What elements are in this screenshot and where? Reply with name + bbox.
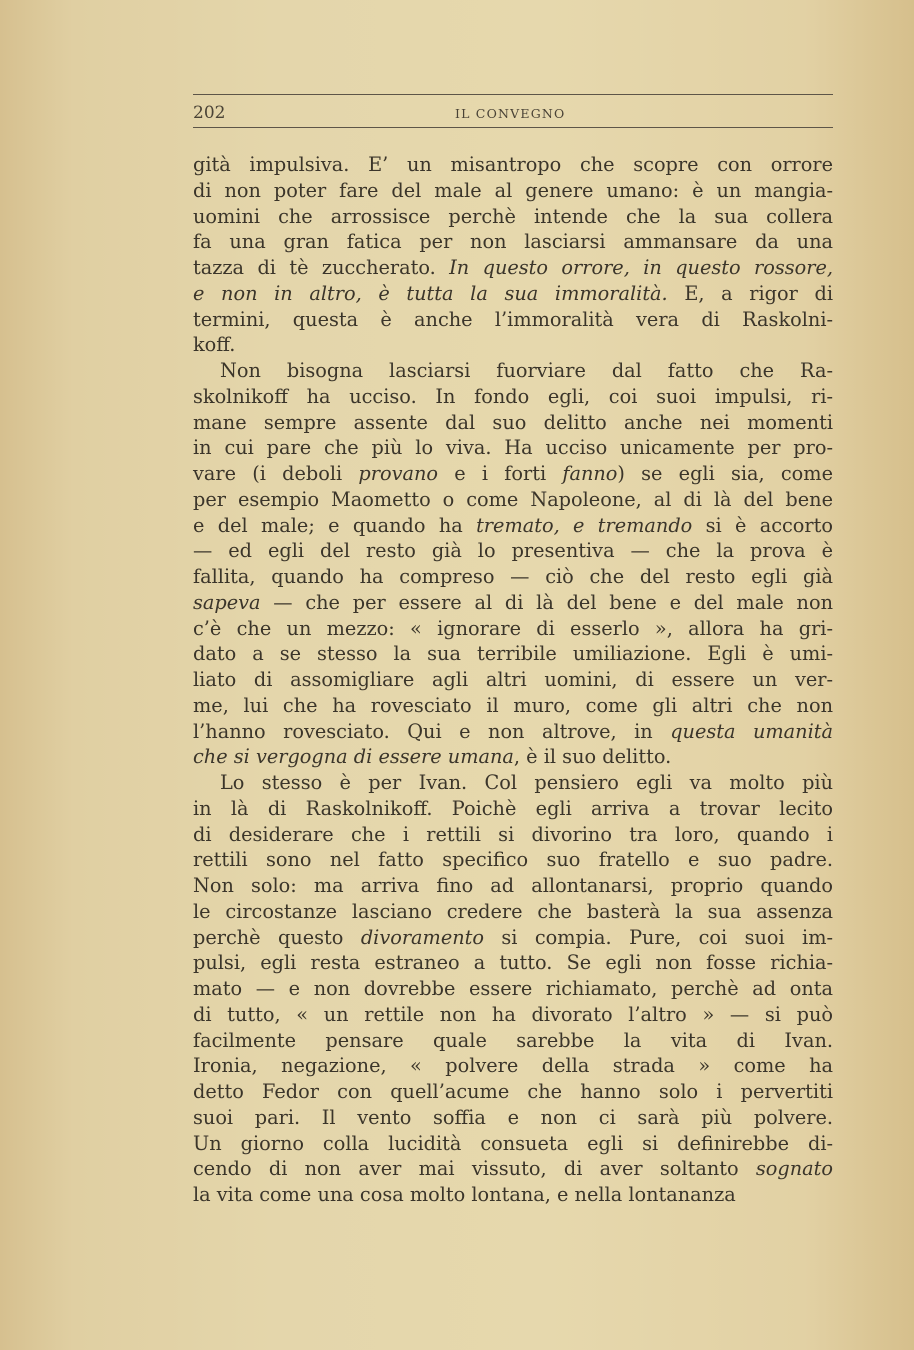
- italic-emphasis: questa umanità: [670, 720, 833, 743]
- italic-emphasis: sapeva: [193, 591, 261, 614]
- italic-emphasis: e non in altro, è tutta la sua immoralit…: [193, 282, 668, 305]
- text-line: Lo stesso è per Ivan. Col pensiero egli …: [193, 770, 833, 796]
- italic-emphasis: che si vergogna di essere umana: [193, 745, 514, 768]
- text-line: detto Fedor con quell’acume che hanno so…: [193, 1079, 833, 1105]
- text-line: Non bisogna lasciarsi fuorviare dal fatt…: [193, 358, 833, 384]
- header-bottom-rule: [193, 127, 833, 128]
- text-line: rettili sono nel fatto specifico suo fra…: [193, 847, 833, 873]
- text-line: dato a se stesso la sua terribile umilia…: [193, 641, 833, 667]
- text-line: in cui pare che più lo viva. Ha ucciso u…: [193, 435, 833, 461]
- text-line: fallita, quando ha compreso — ciò che de…: [193, 564, 833, 590]
- paragraph: gità impulsiva. E’ un misantropo che sco…: [193, 152, 833, 358]
- italic-emphasis: provano: [358, 462, 438, 485]
- text-line: Un giorno colla lucidità consueta egli s…: [193, 1131, 833, 1157]
- text-line: Ironia, negazione, « polvere della strad…: [193, 1053, 833, 1079]
- text-line: cendo di non aver mai vissuto, di aver s…: [193, 1156, 833, 1182]
- italic-emphasis: tremato, e tremando: [476, 514, 692, 537]
- italic-emphasis: In questo orrore, in questo rossore,: [449, 256, 833, 279]
- text-line: l’hanno rovesciato. Qui e non altrove, i…: [193, 719, 833, 745]
- text-line: koff.: [193, 332, 833, 358]
- italic-emphasis: divoramento: [361, 926, 484, 949]
- text-line: e del male; e quando ha tremato, e trema…: [193, 513, 833, 539]
- text-line: Non solo: ma arriva fino ad allontanarsi…: [193, 873, 833, 899]
- text-line: skolnikoff ha ucciso. In fondo egli, coi…: [193, 384, 833, 410]
- page-number: 202: [193, 103, 225, 123]
- text-line: di tutto, « un rettile non ha divorato l…: [193, 1002, 833, 1028]
- book-page: 202 IL CONVEGNO gità impulsiva. E’ un mi…: [193, 94, 833, 1208]
- text-line: in là di Raskolnikoff. Poichè egli arriv…: [193, 796, 833, 822]
- text-line: gità impulsiva. E’ un misantropo che sco…: [193, 152, 833, 178]
- text-line: la vita come una cosa molto lontana, e n…: [193, 1182, 833, 1208]
- text-line: me, lui che ha rovesciato il muro, come …: [193, 693, 833, 719]
- italic-emphasis: sognato: [756, 1157, 833, 1180]
- text-line: liato di assomigliare agli altri uomini,…: [193, 667, 833, 693]
- text-line: pulsi, egli resta estraneo a tutto. Se e…: [193, 950, 833, 976]
- text-line: facilmente pensare quale sarebbe la vita…: [193, 1028, 833, 1054]
- text-line: sapeva — che per essere al di là del ben…: [193, 590, 833, 616]
- text-line: termini, questa è anche l’immoralità ver…: [193, 307, 833, 333]
- text-line: le circostanze lasciano credere che bast…: [193, 899, 833, 925]
- text-line: mane sempre assente dal suo delitto anch…: [193, 410, 833, 436]
- text-line: tazza di tè zuccherato. In questo orrore…: [193, 255, 833, 281]
- page-header: 202 IL CONVEGNO: [193, 95, 833, 127]
- text-line: e non in altro, è tutta la sua immoralit…: [193, 281, 833, 307]
- text-line: che si vergogna di essere umana, è il su…: [193, 744, 833, 770]
- text-line: di non poter fare del male al genere uma…: [193, 178, 833, 204]
- paragraph: Lo stesso è per Ivan. Col pensiero egli …: [193, 770, 833, 1208]
- italic-emphasis: fanno: [562, 462, 617, 485]
- text-line: vare (i deboli provano e i forti fanno) …: [193, 461, 833, 487]
- text-line: c’è che un mezzo: « ignorare di esserlo …: [193, 616, 833, 642]
- running-head: IL CONVEGNO: [455, 106, 565, 121]
- text-line: — ed egli del resto già lo presentiva — …: [193, 538, 833, 564]
- text-line: per esempio Maometto o come Napoleone, a…: [193, 487, 833, 513]
- paragraph: Non bisogna lasciarsi fuorviare dal fatt…: [193, 358, 833, 770]
- text-line: uomini che arrossisce perchè intende che…: [193, 204, 833, 230]
- body-text: gità impulsiva. E’ un misantropo che sco…: [193, 152, 833, 1208]
- text-line: di desiderare che i rettili si divorino …: [193, 822, 833, 848]
- text-line: mato — e non dovrebbe essere richiamato,…: [193, 976, 833, 1002]
- text-line: suoi pari. Il vento soffia e non ci sarà…: [193, 1105, 833, 1131]
- text-line: perchè questo divoramento si compia. Pur…: [193, 925, 833, 951]
- text-line: fa una gran fatica per non lasciarsi amm…: [193, 229, 833, 255]
